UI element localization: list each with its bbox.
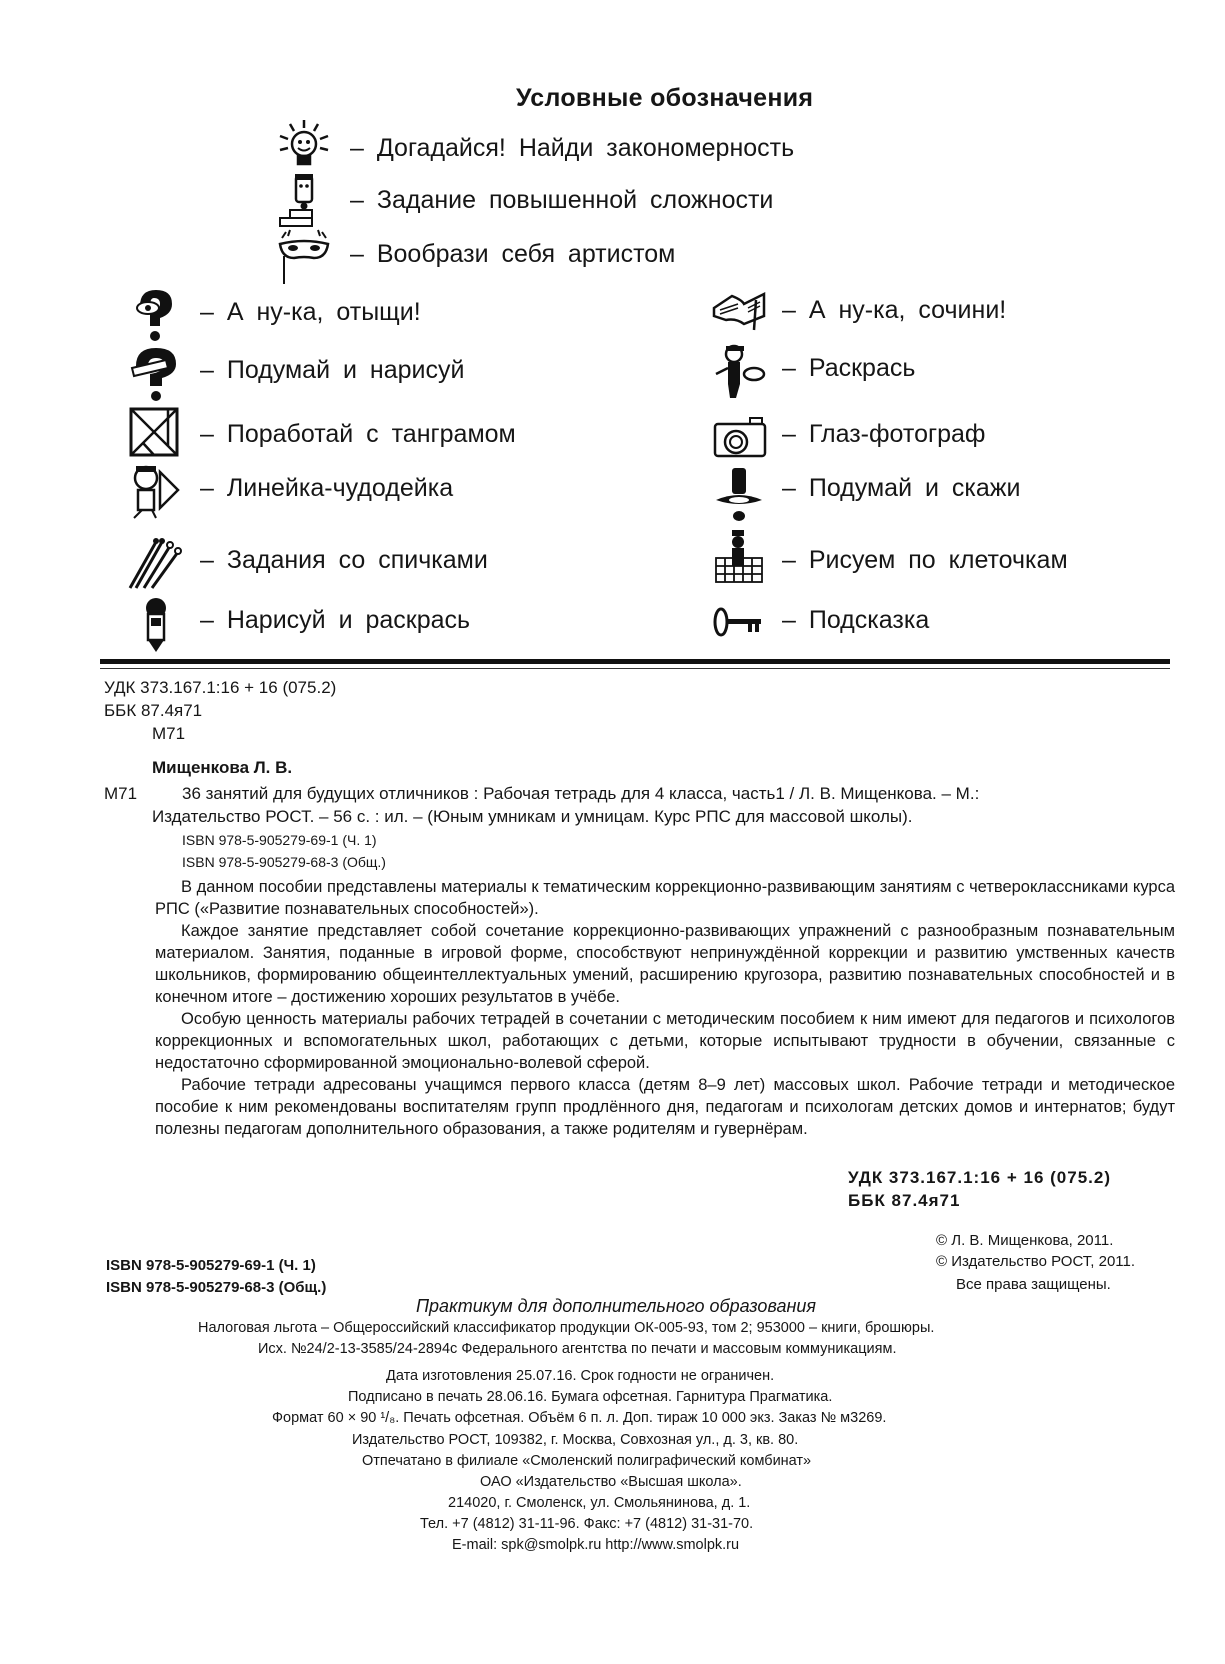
copyright-author: © Л. В. Мищенкова, 2011. (936, 1232, 1113, 1249)
series-name: Практикум для дополнительного образовани… (416, 1296, 816, 1317)
imprint-line: Формат 60 × 90 ¹/₈. Печать офсетная. Объ… (272, 1410, 886, 1426)
udk-code-bold: УДК 373.167.1:16 + 16 (075.2) (848, 1168, 1111, 1188)
legend-item-guess: – Догадайся! Найди закономерность (350, 134, 794, 163)
legend-item-color-draw: – Нарисуй и раскрась (200, 606, 470, 635)
imprint-line: Подписано в печать 28.06.16. Бумага офсе… (348, 1389, 832, 1405)
annotation-paragraph: В данном пособии представлены материалы … (155, 876, 1175, 920)
imprint-line: Издательство РОСТ, 109382, г. Москва, Со… (352, 1432, 798, 1448)
imprint-line: Отпечатано в филиале «Смоленский полигра… (362, 1453, 811, 1469)
imprint-line: Дата изготовления 25.07.16. Срок годност… (386, 1368, 774, 1384)
legend-item-ruler: – Линейка-чудодейка (200, 474, 453, 503)
rights-reserved: Все права защищены. (956, 1276, 1111, 1293)
legend-item-artist: – Вообрази себя артистом (350, 240, 675, 269)
grid-character-icon (712, 528, 768, 584)
pencil-character-icon (134, 596, 190, 652)
imprint-line: Тел. +7 (4812) 31-11-96. Факс: +7 (4812)… (420, 1516, 753, 1532)
open-book-icon (712, 286, 768, 342)
isbn-bold-general: ISBN 978-5-905279-68-3 (Общ.) (106, 1279, 326, 1296)
legend-item-hint: – Подсказка (782, 606, 929, 635)
legend-item-compose: – А ну-ка, сочини! (782, 296, 1006, 325)
legend-item-think-say: – Подумай и скажи (782, 474, 1020, 503)
tangram-icon (128, 406, 184, 462)
imprint-line: E-mail: spk@smolpk.ru http://www.smolpk.… (452, 1537, 739, 1553)
exclamation-lips-icon (712, 466, 768, 522)
matches-icon (126, 534, 182, 590)
book-title-line1: 36 занятий для будущих отличников : Рабо… (182, 784, 979, 804)
legend-item-camera-eye: – Глаз-фотограф (782, 420, 985, 449)
legend-title: Условные обозначения (516, 84, 813, 113)
section-divider-thick (100, 659, 1170, 664)
question-eye-icon (126, 288, 182, 344)
imprint-line: 214020, г. Смоленск, ул. Смольянинова, д… (448, 1495, 750, 1511)
ruler-character-icon (126, 464, 182, 520)
legend-item-tangram: – Поработай с танграмом (200, 420, 516, 449)
imprint-line: Налоговая льгота – Общероссийский класси… (198, 1320, 934, 1336)
legend-item-find: – А ну-ка, отыщи! (200, 298, 421, 327)
lightbulb-icon (276, 118, 332, 174)
question-pencil-icon (126, 346, 182, 402)
legend-item-hard: – Задание повышенной сложности (350, 186, 773, 215)
legend-item-colorize: – Раскрась (782, 354, 915, 383)
bbk-code: ББК 87.4я71 (104, 701, 202, 721)
painter-palette-icon (712, 344, 768, 400)
figure-on-pedestal-icon (276, 172, 332, 228)
author-sign-2: М71 (104, 784, 137, 804)
imprint-line: ОАО «Издательство «Высшая школа». (480, 1474, 742, 1490)
section-divider-thin (100, 668, 1170, 669)
legend-item-matches: – Задания со спичками (200, 546, 488, 575)
legend-item-draw: – Подумай и нарисуй (200, 356, 464, 385)
imprint-line: Исх. №24/2-13-3585/24-2894с Федерального… (258, 1341, 896, 1357)
isbn-bold-part1: ISBN 978-5-905279-69-1 (Ч. 1) (106, 1257, 316, 1274)
legend-item-grid-draw: – Рисуем по клеточкам (782, 546, 1068, 575)
udk-code: УДК 373.167.1:16 + 16 (075.2) (104, 678, 336, 698)
camera-icon (712, 412, 768, 468)
book-title-line2: Издательство РОСТ. – 56 с. : ил. – (Юным… (152, 807, 913, 827)
annotation-paragraph: Каждое занятие представляет собой сочета… (155, 920, 1175, 1008)
key-icon (712, 594, 768, 650)
annotation-paragraph: Особую ценность материалы рабочих тетрад… (155, 1008, 1175, 1074)
author-sign: М71 (152, 724, 185, 744)
bbk-code-bold: ББК 87.4я71 (848, 1191, 960, 1211)
isbn-part1: ISBN 978-5-905279-69-1 (Ч. 1) (182, 832, 377, 848)
annotation: В данном пособии представлены материалы … (155, 876, 1175, 1140)
copyright-publisher: © Издательство РОСТ, 2011. (936, 1253, 1135, 1270)
annotation-paragraph: Рабочие тетради адресованы учащимся перв… (155, 1074, 1175, 1140)
theater-mask-icon (276, 228, 332, 284)
isbn-general: ISBN 978-5-905279-68-3 (Общ.) (182, 854, 386, 870)
author-name: Мищенкова Л. В. (152, 758, 292, 778)
